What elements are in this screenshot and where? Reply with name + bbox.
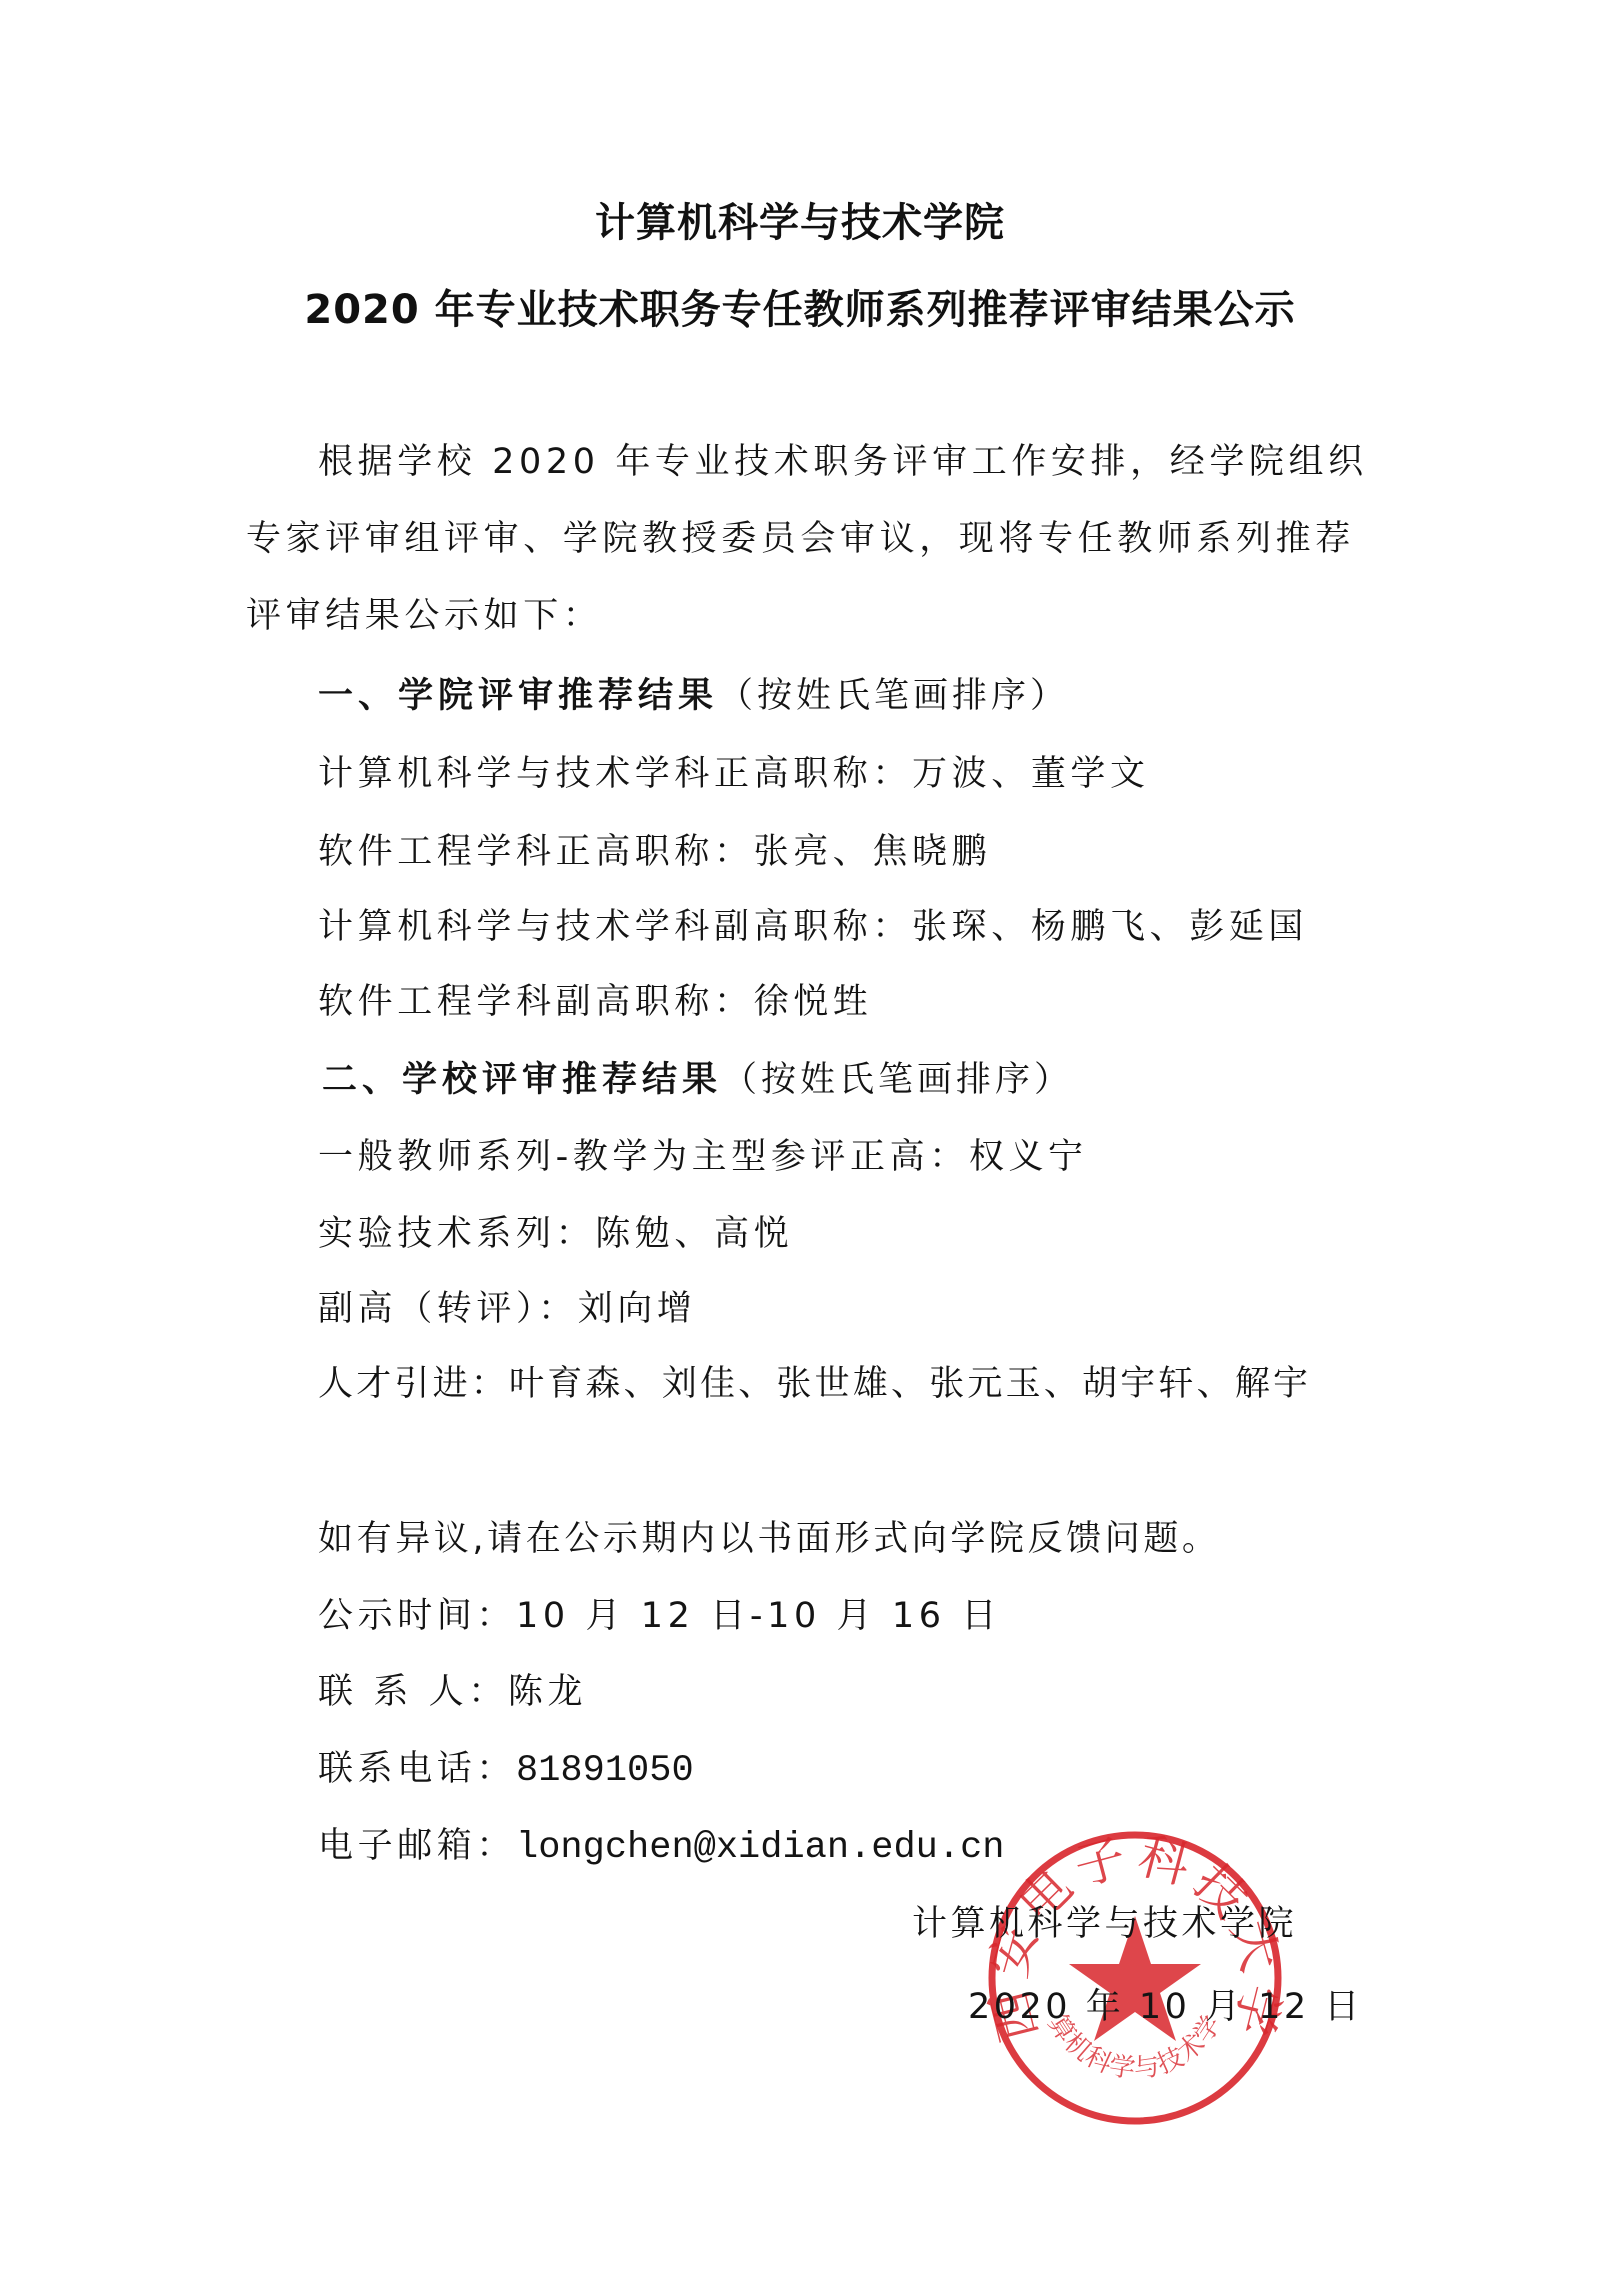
contact-email: 电子邮箱：longchen@xidian.edu.cn [318,1829,1005,1867]
section2-item: 人才引进：叶育森、刘佳、张世雄、张元玉、胡宇轩、解宇 [318,1367,1311,1402]
item-names: 张琛、杨鹏飞、彭延国 [912,907,1308,947]
signature-org: 计算机科学与技术学院 [912,1907,1297,1942]
section1-heading: 一、学院评审推荐结果（按姓氏笔画排序） [318,679,1069,714]
item-names: 张亮、焦晓鹏 [754,832,992,872]
section1-item: 计算机科学与技术学科正高职称：万波、董学文 [318,757,1150,792]
contact-person: 联 系 人：陈龙 [318,1675,587,1710]
section1-heading-text: 一、学院评审推荐结果 [318,676,718,716]
intro-line-2: 专家评审组评审、学院教授委员会审议，现将专任教师系列推荐 [246,522,1355,557]
period-value: 10 月 12 日-10 月 16 日 [516,1596,1001,1636]
section2-heading: 二、学校评审推荐结果（按姓氏笔画排序） [322,1063,1073,1098]
section2-sort-note: （按姓氏笔画排序） [722,1060,1073,1100]
phone-label: 联系电话： [318,1749,516,1789]
email-value[interactable]: longchen@xidian.edu.cn [516,1827,1004,1869]
period-label: 公示时间： [318,1596,516,1636]
section1-item: 软件工程学科副高职称：徐悦甡 [318,985,872,1020]
item-label: 计算机科学与技术学科正高职称： [318,754,912,794]
objection-notice: 如有异议,请在公示期内以书面形式向学院反馈问题。 [318,1522,1221,1557]
section2-item: 一般教师系列-教学为主型参评正高：权义宁 [318,1140,1088,1175]
section1-sort-note: （按姓氏笔画排序） [718,676,1069,716]
phone-value: 81891050 [516,1750,694,1792]
item-label: 副高（转评）： [318,1289,578,1329]
contact-phone: 联系电话：81891050 [318,1752,694,1790]
contact-value: 陈龙 [508,1672,587,1712]
item-label: 一般教师系列-教学为主型参评正高： [318,1137,969,1177]
official-seal-icon: 西安电子科技大学 计算机科学与技术学院 [985,1828,1285,2128]
section1-item: 软件工程学科正高职称：张亮、焦晓鹏 [318,835,991,870]
item-label: 人才引进： [318,1364,509,1404]
item-names: 权义宁 [969,1137,1088,1177]
item-label: 软件工程学科正高职称： [318,832,754,872]
section2-heading-text: 二、学校评审推荐结果 [322,1060,722,1100]
item-label: 计算机科学与技术学科副高职称： [318,907,912,947]
item-names: 刘向增 [578,1289,697,1329]
item-names: 徐悦甡 [754,982,873,1022]
item-names: 叶育森、刘佳、张世雄、张元玉、胡宇轩、解宇 [509,1364,1311,1404]
signature-date: 2020 年 10 月 12 日 [968,1990,1363,2025]
document-title-org: 计算机科学与技术学院 [0,203,1600,243]
email-label: 电子邮箱： [318,1826,516,1866]
section2-item: 副高（转评）：刘向增 [318,1292,697,1327]
item-label: 实验技术系列： [318,1214,595,1254]
item-names: 万波、董学文 [912,754,1150,794]
publicity-period: 公示时间：10 月 12 日-10 月 16 日 [318,1599,1001,1634]
intro-line-3: 评审结果公示如下： [246,599,602,634]
section2-item: 实验技术系列：陈勉、高悦 [318,1217,793,1252]
contact-label: 联 系 人： [318,1672,508,1712]
item-label: 软件工程学科副高职称： [318,982,754,1022]
document-title-main: 2020 年专业技术职务专任教师系列推荐评审结果公示 [0,290,1600,330]
item-names: 陈勉、高悦 [595,1214,793,1254]
section1-item: 计算机科学与技术学科副高职称：张琛、杨鹏飞、彭延国 [318,910,1308,945]
intro-line-1: 根据学校 2020 年专业技术职务评审工作安排，经学院组织 [318,445,1368,480]
